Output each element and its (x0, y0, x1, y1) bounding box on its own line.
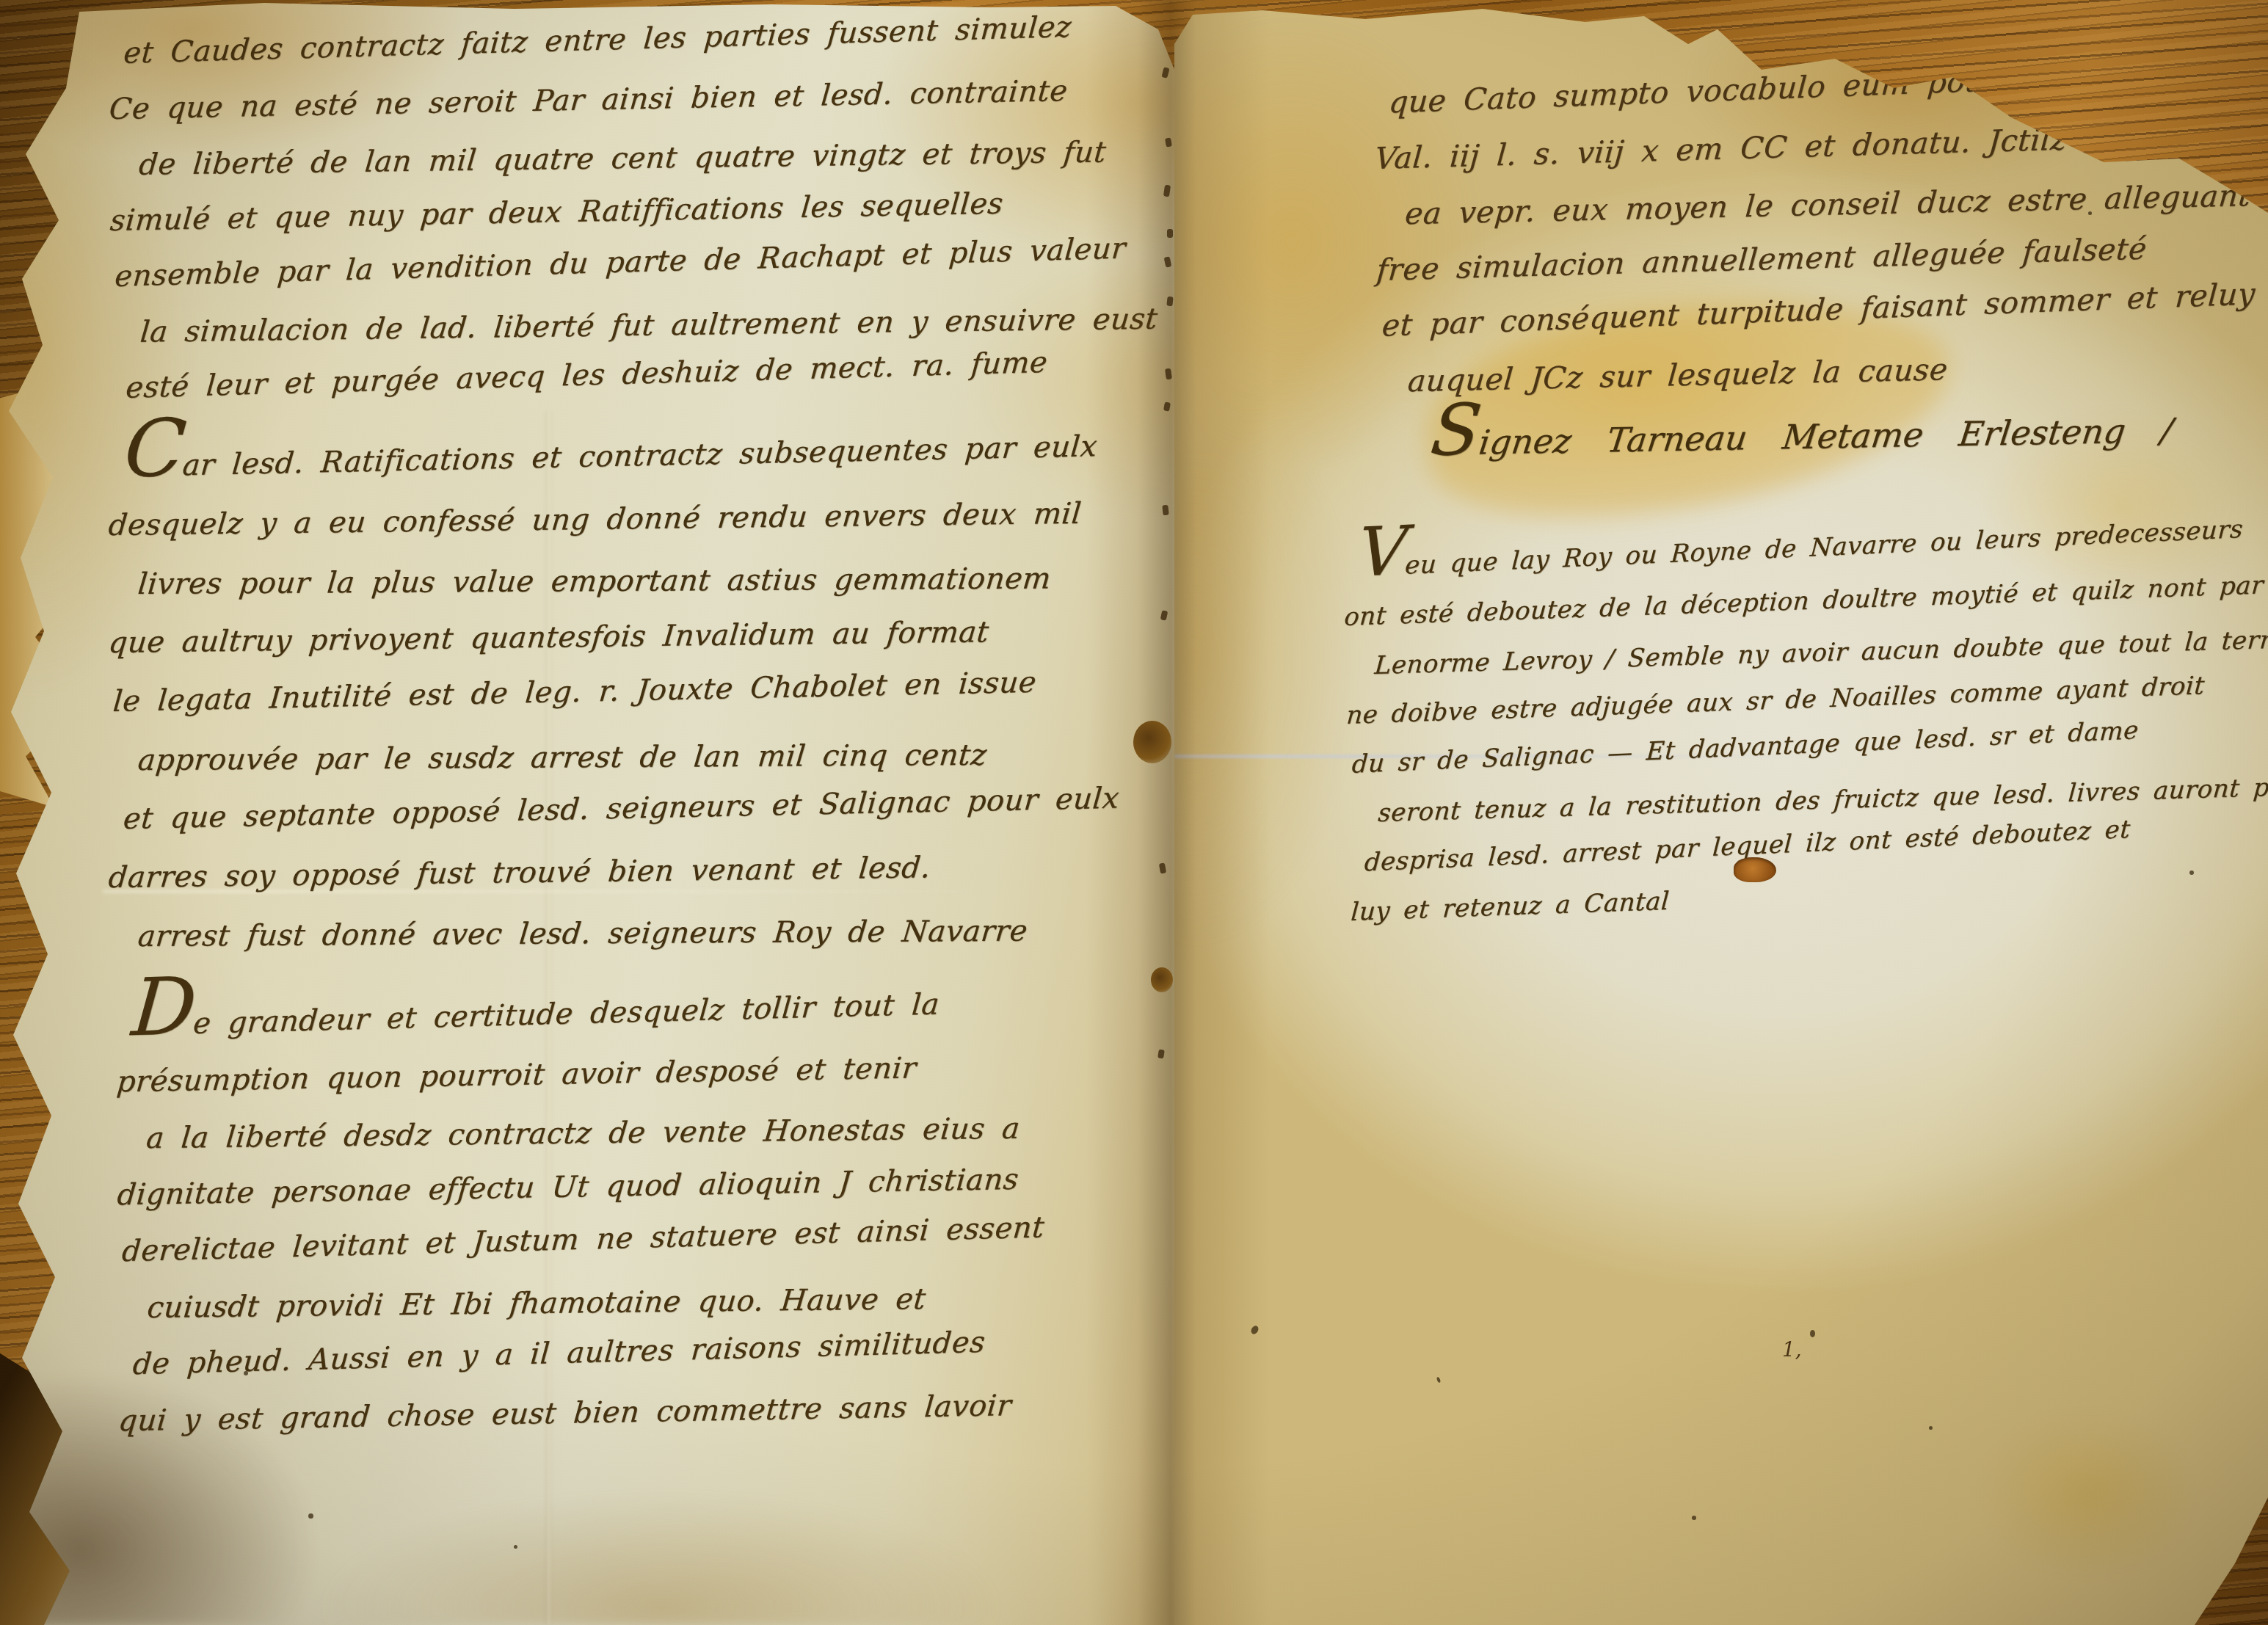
ink-speck (2088, 211, 2092, 215)
binding-stitch (1167, 229, 1173, 238)
left-page-paragraph-1: et Caudes contractz faitz entre les part… (109, 18, 1157, 416)
left-page-paragraph-3: De grandeur et certitude desquelz tollir… (116, 993, 1043, 1450)
binding-stitch (1162, 505, 1168, 516)
manuscript-right-page: que Cato sumpto vocabulo eum pot frester… (1174, 0, 2268, 1625)
binding-stitch (1166, 297, 1173, 307)
manuscript-line: desquelz y a eu confessé ung donné rendu… (106, 484, 1121, 555)
ink-speck (2189, 870, 2194, 875)
ink-speck (1929, 1426, 1933, 1430)
marginal-mark: 1, (1782, 1337, 1802, 1362)
binding-ink-blot (1133, 721, 1171, 763)
ink-speck (1692, 1516, 1696, 1520)
binding-ink-blot (1151, 967, 1173, 992)
manuscript-line: arrest fust donné avec lesd. seigneurs R… (135, 901, 1121, 966)
ink-speck (244, 1371, 248, 1375)
left-page-paragraph-2: Car lesd. Ratifications et contractz sub… (109, 437, 1117, 966)
manuscript-left-page: et Caudes contractz faitz entre les part… (0, 0, 1222, 1625)
ink-speck (514, 1545, 517, 1549)
manuscript-photo: et Caudes contractz faitz entre les part… (0, 0, 2268, 1625)
manuscript-line: Car lesd. Ratifications et contractz sub… (121, 417, 1122, 496)
manuscript-line: darres soy opposé fust trouvé bien venan… (106, 836, 1121, 907)
ink-speck (1810, 1330, 1815, 1337)
right-page-paragraph-2: Veu que lay Roy ou Royne de Navarre ou l… (1342, 522, 2268, 937)
paper-hole (1734, 857, 1776, 882)
ink-speck (308, 1513, 313, 1519)
